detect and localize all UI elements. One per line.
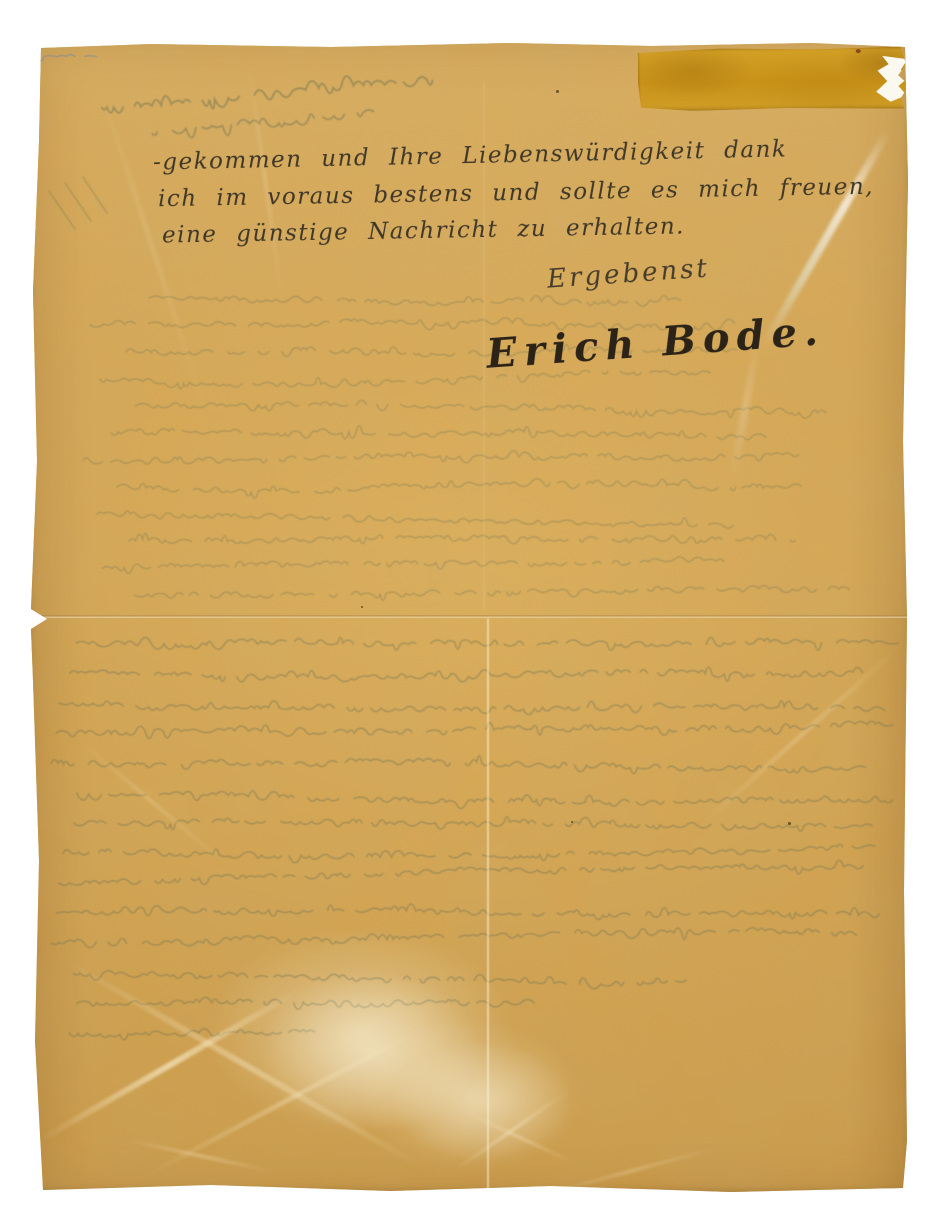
crease-line <box>544 1146 719 1196</box>
ink-speck <box>571 821 573 823</box>
tape-residue <box>638 47 910 112</box>
ink-speck <box>361 606 363 608</box>
crease-line <box>73 735 229 867</box>
paper-texture <box>31 41 908 1192</box>
scuff-mark <box>729 335 762 484</box>
ink-speck <box>788 822 791 825</box>
crease-line <box>127 1138 275 1173</box>
handwritten-body-line: ich im voraus bestens und sollte es mich… <box>158 174 874 212</box>
crease-line <box>696 639 907 830</box>
vertical-fold-line <box>487 618 489 1192</box>
scan-background: -gekommen und Ihre Liebenswürdigkeit dan… <box>0 0 950 1229</box>
handwritten-signature: Erich Bode. <box>485 307 826 378</box>
worn-spot <box>261 971 481 1131</box>
crease-line <box>246 55 285 303</box>
scuff-mark <box>759 130 891 351</box>
crease-line <box>90 64 209 417</box>
handwritten-closing: Ergebenst <box>546 253 711 294</box>
tape-speck <box>856 49 861 53</box>
crease-line <box>466 1111 576 1165</box>
vertical-fold-line <box>483 81 485 611</box>
crease-line <box>144 1025 425 1178</box>
handwritten-body-line: -gekommen und Ihre Liebenswürdigkeit dan… <box>153 136 788 175</box>
crease-line <box>453 1089 570 1173</box>
letter-paper: -gekommen und Ihre Liebenswürdigkeit dan… <box>31 41 908 1192</box>
horizontal-fold-line <box>31 615 908 618</box>
worn-spot <box>391 1041 571 1161</box>
ink-speck <box>556 90 559 93</box>
handwritten-body-line: eine günstige Nachricht zu erhalten. <box>162 213 685 248</box>
crease-line <box>60 956 431 1174</box>
bleedthrough-handwriting <box>31 41 908 1192</box>
tape-tear-white <box>876 56 908 102</box>
crease-line <box>39 987 302 1142</box>
